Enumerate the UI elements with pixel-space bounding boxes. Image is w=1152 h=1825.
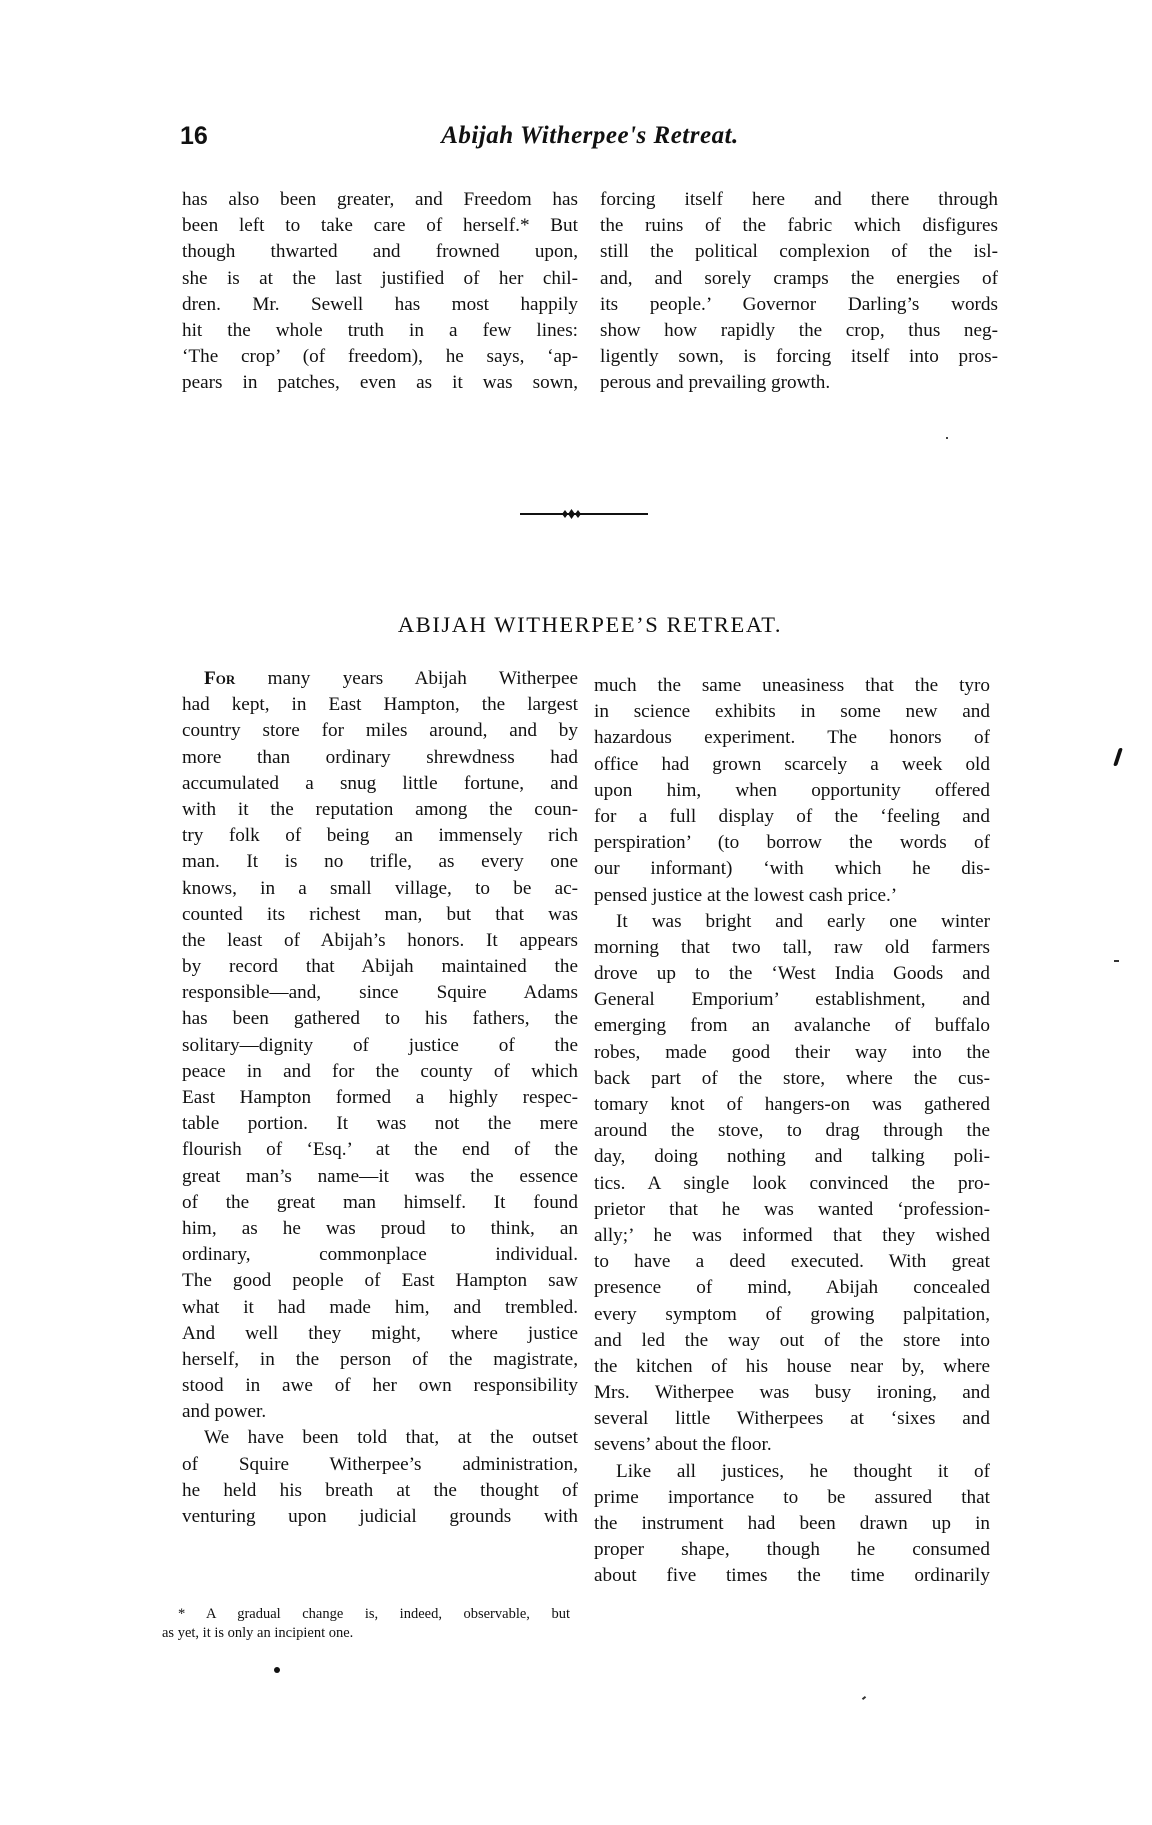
footnote: * A gradual change is, indeed, observabl… xyxy=(162,1605,570,1642)
text-line: man. It is no trifle, as every one xyxy=(182,849,578,875)
text-line: country store for miles around, and by xyxy=(182,718,578,744)
text-line: the kitchen of his house near by, where xyxy=(594,1354,990,1380)
ink-mark xyxy=(862,1696,866,1700)
text-line: with it the reputation among the coun- xyxy=(182,797,578,823)
text-line: tomary knot of hangers-on was gathered xyxy=(594,1092,990,1118)
text-line: stood in awe of her own responsibility xyxy=(182,1373,578,1399)
text-line: Like all justices, he thought it of xyxy=(594,1459,990,1485)
text-line: its people.’ Governor Darling’s words xyxy=(600,292,998,318)
text-line: of Squire Witherpee’s administration, xyxy=(182,1452,578,1478)
text-line: herself, in the person of the magistrate… xyxy=(182,1347,578,1373)
footnote-line: * A gradual change is, indeed, observabl… xyxy=(162,1605,570,1624)
text-line: for a full display of the ‘feeling and xyxy=(594,804,990,830)
text-fragment: many years Abijah Witherpee xyxy=(235,668,578,689)
margin-mark xyxy=(1114,960,1119,962)
text-line: back part of the store, where the cus- xyxy=(594,1066,990,1092)
text-line: every symptom of growing palpitation, xyxy=(594,1302,990,1328)
text-line: though thwarted and frowned upon, xyxy=(182,239,578,265)
text-line: to have a deed executed. With great xyxy=(594,1249,990,1275)
preceding-article-right-column: forcing itself here and there through th… xyxy=(600,187,998,397)
text-line: pensed justice at the lowest cash price.… xyxy=(594,883,990,909)
section-divider-ornament xyxy=(520,508,648,520)
text-line: venturing upon judicial grounds with xyxy=(182,1504,578,1530)
text-line: still the political complexion of the is… xyxy=(600,239,998,265)
text-line: ordinary, commonplace individual. xyxy=(182,1242,578,1268)
text-line: has been gathered to his fathers, the xyxy=(182,1006,578,1032)
text-line: solitary—dignity of justice of the xyxy=(182,1033,578,1059)
text-line: presence of mind, Abijah concealed xyxy=(594,1275,990,1301)
text-line: by record that Abijah maintained the xyxy=(182,954,578,980)
text-line: has also been greater, and Freedom has xyxy=(182,187,578,213)
text-line: ally;’ he was informed that they wished xyxy=(594,1223,990,1249)
text-line: proper shape, though he consumed xyxy=(594,1537,990,1563)
text-line: what it had made him, and trembled. xyxy=(182,1295,578,1321)
text-line: table portion. It was not the mere xyxy=(182,1111,578,1137)
text-line: hazardous experiment. The honors of xyxy=(594,725,990,751)
text-line: prime importance to be assured that xyxy=(594,1485,990,1511)
text-line: East Hampton formed a highly respec- xyxy=(182,1085,578,1111)
text-line: And well they might, where justice xyxy=(182,1321,578,1347)
text-line: perous and prevailing growth. xyxy=(600,370,998,396)
text-line: dren. Mr. Sewell has most happily xyxy=(182,292,578,318)
text-line: We have been told that, at the outset xyxy=(182,1425,578,1451)
text-line: It was bright and early one winter xyxy=(594,909,990,935)
text-line: peace in and for the county of which xyxy=(182,1059,578,1085)
text-line: and power. xyxy=(182,1399,578,1425)
text-line: accumulated a snug little fortune, and xyxy=(182,771,578,797)
book-page: 16 Abijah Witherpee's Retreat. has also … xyxy=(0,0,1152,1825)
text-line: drove up to the ‘West India Goods and xyxy=(594,961,990,987)
text-line: him, as he was proud to think, an xyxy=(182,1216,578,1242)
article-title: ABIJAH WITHERPEE’S RETREAT. xyxy=(180,612,1000,638)
opening-word: For xyxy=(204,668,235,689)
text-line: our informant) ‘with which he dis- xyxy=(594,856,990,882)
text-line: around the stove, to drag through the xyxy=(594,1118,990,1144)
text-line: knows, in a small village, to be ac- xyxy=(182,876,578,902)
text-line: forcing itself here and there through xyxy=(600,187,998,213)
text-line: the ruins of the fabric which disfigures xyxy=(600,213,998,239)
divider-diamonds-icon xyxy=(520,508,648,520)
text-line: General Emporium’ establishment, and xyxy=(594,987,990,1013)
text-line: perspiration’ (to borrow the words of xyxy=(594,830,990,856)
running-title: Abijah Witherpee's Retreat. xyxy=(180,122,1000,150)
text-line: been left to take care of herself.* But xyxy=(182,213,578,239)
text-line: hit the whole truth in a few lines: xyxy=(182,318,578,344)
ink-mark xyxy=(946,437,948,439)
text-line: the least of Abijah’s honors. It appears xyxy=(182,928,578,954)
ink-speck xyxy=(274,1667,280,1673)
text-line: Mrs. Witherpee was busy ironing, and xyxy=(594,1380,990,1406)
text-line: several little Witherpees at ‘sixes and xyxy=(594,1406,990,1432)
preceding-article-left-column: has also been greater, and Freedom has b… xyxy=(182,187,578,397)
text-line: try folk of being an immensely rich xyxy=(182,823,578,849)
text-line: robes, made good their way into the xyxy=(594,1040,990,1066)
text-line: emerging from an avalanche of buffalo xyxy=(594,1013,990,1039)
text-line: great man’s name—it was the essence xyxy=(182,1164,578,1190)
text-line: and, and sorely cramps the energies of xyxy=(600,266,998,292)
text-line: counted its richest man, but that was xyxy=(182,902,578,928)
text-line: The good people of East Hampton saw xyxy=(182,1268,578,1294)
text-line: office had grown scarcely a week old xyxy=(594,752,990,778)
text-line: he held his breath at the thought of xyxy=(182,1478,578,1504)
text-line: of the great man himself. It found xyxy=(182,1190,578,1216)
running-header: 16 Abijah Witherpee's Retreat. xyxy=(180,122,1000,162)
text-line: sevens’ about the floor. xyxy=(594,1432,990,1458)
text-line: ligently sown, is forcing itself into pr… xyxy=(600,344,998,370)
text-line: morning that two tall, raw old farmers xyxy=(594,935,990,961)
text-line: the instrument had been drawn up in xyxy=(594,1511,990,1537)
text-line: in science exhibits in some new and xyxy=(594,699,990,725)
text-line: upon him, when opportunity offered xyxy=(594,778,990,804)
text-line: flourish of ‘Esq.’ at the end of the xyxy=(182,1137,578,1163)
text-line: prietor that he was wanted ‘profession- xyxy=(594,1197,990,1223)
text-line: ‘The crop’ (of freedom), he says, ‘ap- xyxy=(182,344,578,370)
margin-mark xyxy=(1113,748,1123,766)
article-left-column: For many years Abijah Witherpeehad kept,… xyxy=(182,666,578,1530)
footnote-line: as yet, it is only an incipient one. xyxy=(162,1624,570,1643)
text-line: pears in patches, even as it was sown, xyxy=(182,370,578,396)
text-line: tics. A single look convinced the pro- xyxy=(594,1171,990,1197)
text-line: had kept, in East Hampton, the largest xyxy=(182,692,578,718)
text-line: she is at the last justified of her chil… xyxy=(182,266,578,292)
text-line: show how rapidly the crop, thus neg- xyxy=(600,318,998,344)
text-line: more than ordinary shrewdness had xyxy=(182,745,578,771)
article-right-column: much the same uneasiness that the tyroin… xyxy=(594,673,990,1590)
text-line: much the same uneasiness that the tyro xyxy=(594,673,990,699)
text-line: responsible—and, since Squire Adams xyxy=(182,980,578,1006)
text-line: For many years Abijah Witherpee xyxy=(182,666,578,692)
text-line: day, doing nothing and talking poli- xyxy=(594,1144,990,1170)
text-line: and led the way out of the store into xyxy=(594,1328,990,1354)
text-line: about five times the time ordinarily xyxy=(594,1563,990,1589)
